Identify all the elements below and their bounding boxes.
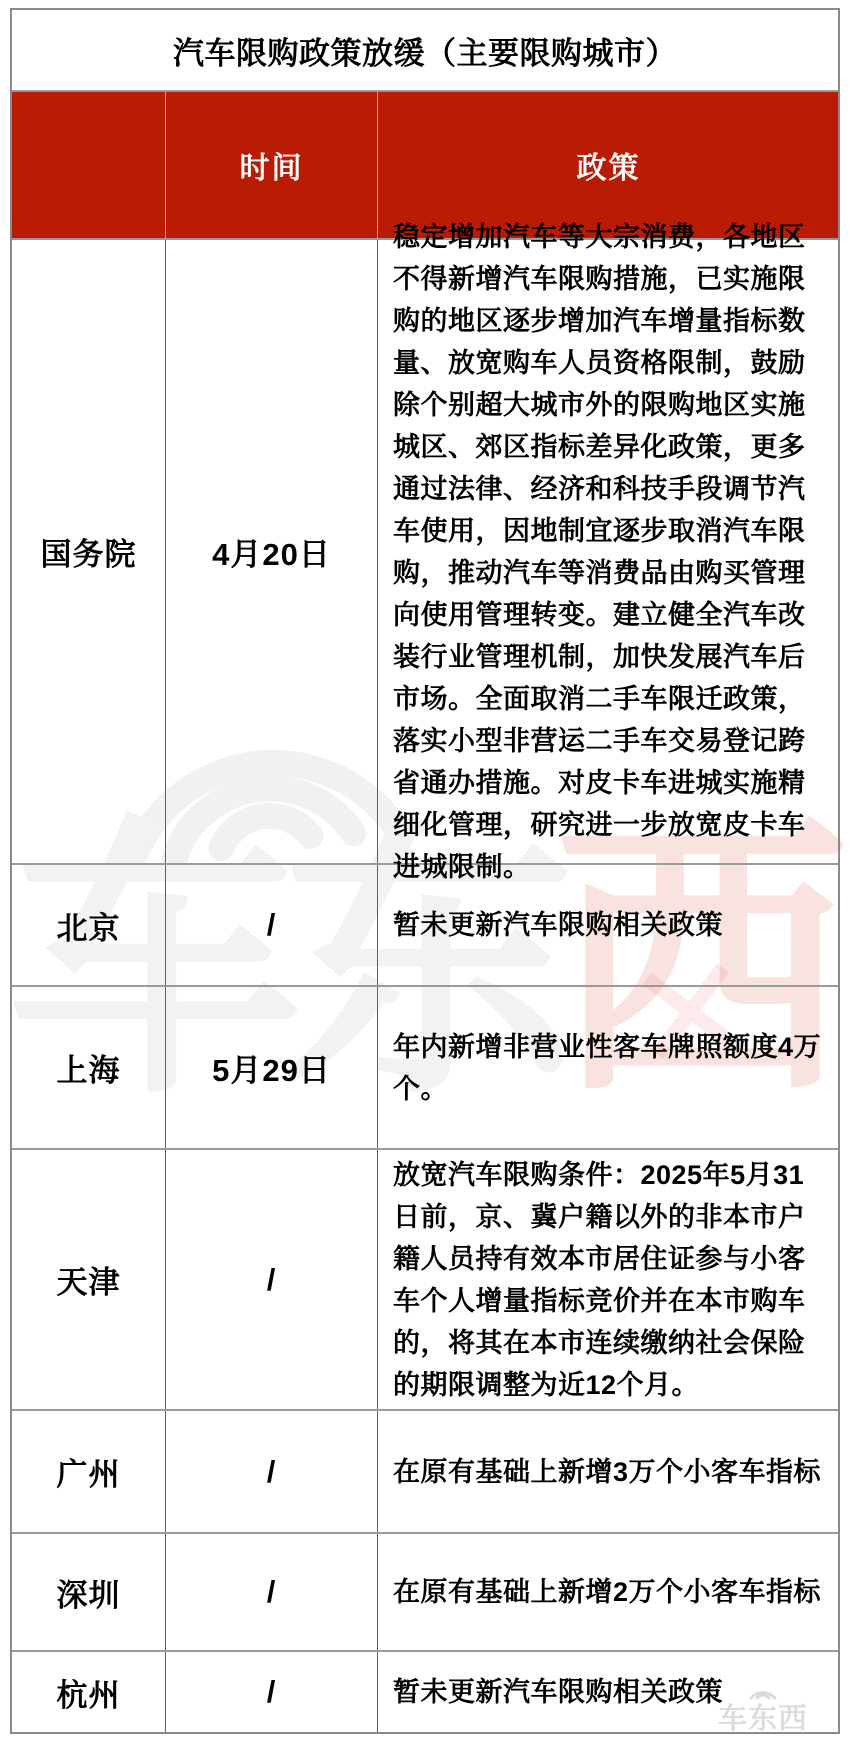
- header-cell-time: 时间: [165, 92, 377, 238]
- time-cell: /: [165, 1411, 377, 1532]
- time-label: /: [267, 907, 277, 943]
- header-policy-label: 政策: [577, 143, 641, 187]
- region-cell: 北京: [12, 865, 165, 985]
- time-cell: 5月29日: [165, 987, 377, 1148]
- region-label: 深圳: [57, 1570, 121, 1615]
- time-label: /: [267, 1262, 277, 1298]
- policy-cell: 年内新增非营业性客车牌照额度4万个。: [377, 987, 838, 1148]
- time-cell: /: [165, 1534, 377, 1650]
- region-label: 天津: [57, 1257, 121, 1302]
- time-label: /: [267, 1674, 277, 1710]
- policy-cell: 在原有基础上新增3万个小客车指标: [377, 1411, 838, 1532]
- policy-text: 在原有基础上新增3万个小客车指标: [393, 1451, 821, 1493]
- region-label: 上海: [57, 1045, 121, 1090]
- table-row-shanghai: 上海 5月29日 年内新增非营业性客车牌照额度4万个。: [12, 985, 838, 1148]
- time-label: 4月20日: [212, 529, 331, 574]
- region-cell: 国务院: [12, 240, 165, 863]
- table-title: 汽车限购政策放缓（主要限购城市）: [173, 28, 677, 73]
- table-row-beijing: 北京 / 暂未更新汽车限购相关政策: [12, 863, 838, 985]
- time-cell: 4月20日: [165, 240, 377, 863]
- time-cell: /: [165, 1150, 377, 1409]
- policy-cell: 暂未更新汽车限购相关政策: [377, 1652, 838, 1732]
- table-row-hangzhou: 杭州 / 暂未更新汽车限购相关政策: [12, 1650, 838, 1732]
- policy-text: 暂未更新汽车限购相关政策: [393, 1671, 723, 1713]
- region-label: 杭州: [57, 1670, 121, 1715]
- page: 车东西 ✕ 汽车限购政策放缓（主要限购城市） 时间 政策 国务院 4月20日: [0, 0, 850, 1741]
- region-cell: 广州: [12, 1411, 165, 1532]
- policy-cell: 暂未更新汽车限购相关政策: [377, 865, 838, 985]
- policy-table: 汽车限购政策放缓（主要限购城市） 时间 政策 国务院 4月20日 稳定增加汽车等…: [10, 8, 840, 1734]
- region-label: 北京: [57, 903, 121, 948]
- table-row-guowuyuan: 国务院 4月20日 稳定增加汽车等大宗消费，各地区不得新增汽车限购措施，已实施限…: [12, 238, 838, 863]
- policy-cell: 稳定增加汽车等大宗消费，各地区不得新增汽车限购措施，已实施限购的地区逐步增加汽车…: [377, 240, 838, 863]
- region-cell: 杭州: [12, 1652, 165, 1732]
- time-cell: /: [165, 1652, 377, 1732]
- policy-text: 放宽汽车限购条件：2025年5月31日前，京、冀户籍以外的非本市户籍人员持有效本…: [393, 1154, 824, 1406]
- policy-text: 年内新增非营业性客车牌照额度4万个。: [393, 1026, 824, 1110]
- region-label: 广州: [57, 1449, 121, 1494]
- time-label: /: [267, 1454, 277, 1490]
- region-cell: 天津: [12, 1150, 165, 1409]
- table-row-tianjin: 天津 / 放宽汽车限购条件：2025年5月31日前，京、冀户籍以外的非本市户籍人…: [12, 1148, 838, 1409]
- time-cell: /: [165, 865, 377, 985]
- header-cell-region: [12, 92, 165, 238]
- policy-cell: 在原有基础上新增2万个小客车指标: [377, 1534, 838, 1650]
- policy-text: 稳定增加汽车等大宗消费，各地区不得新增汽车限购措施，已实施限购的地区逐步增加汽车…: [393, 216, 824, 888]
- table-row-guangzhou: 广州 / 在原有基础上新增3万个小客车指标: [12, 1409, 838, 1532]
- time-label: /: [267, 1574, 277, 1610]
- region-cell: 上海: [12, 987, 165, 1148]
- policy-text: 在原有基础上新增2万个小客车指标: [393, 1571, 821, 1613]
- header-time-label: 时间: [240, 143, 304, 187]
- region-cell: 深圳: [12, 1534, 165, 1650]
- table-row-shenzhen: 深圳 / 在原有基础上新增2万个小客车指标: [12, 1532, 838, 1650]
- region-label: 国务院: [41, 529, 137, 574]
- time-label: 5月29日: [212, 1045, 331, 1090]
- policy-cell: 放宽汽车限购条件：2025年5月31日前，京、冀户籍以外的非本市户籍人员持有效本…: [377, 1150, 838, 1409]
- policy-text: 暂未更新汽车限购相关政策: [393, 904, 723, 946]
- table-title-row: 汽车限购政策放缓（主要限购城市）: [12, 10, 838, 90]
